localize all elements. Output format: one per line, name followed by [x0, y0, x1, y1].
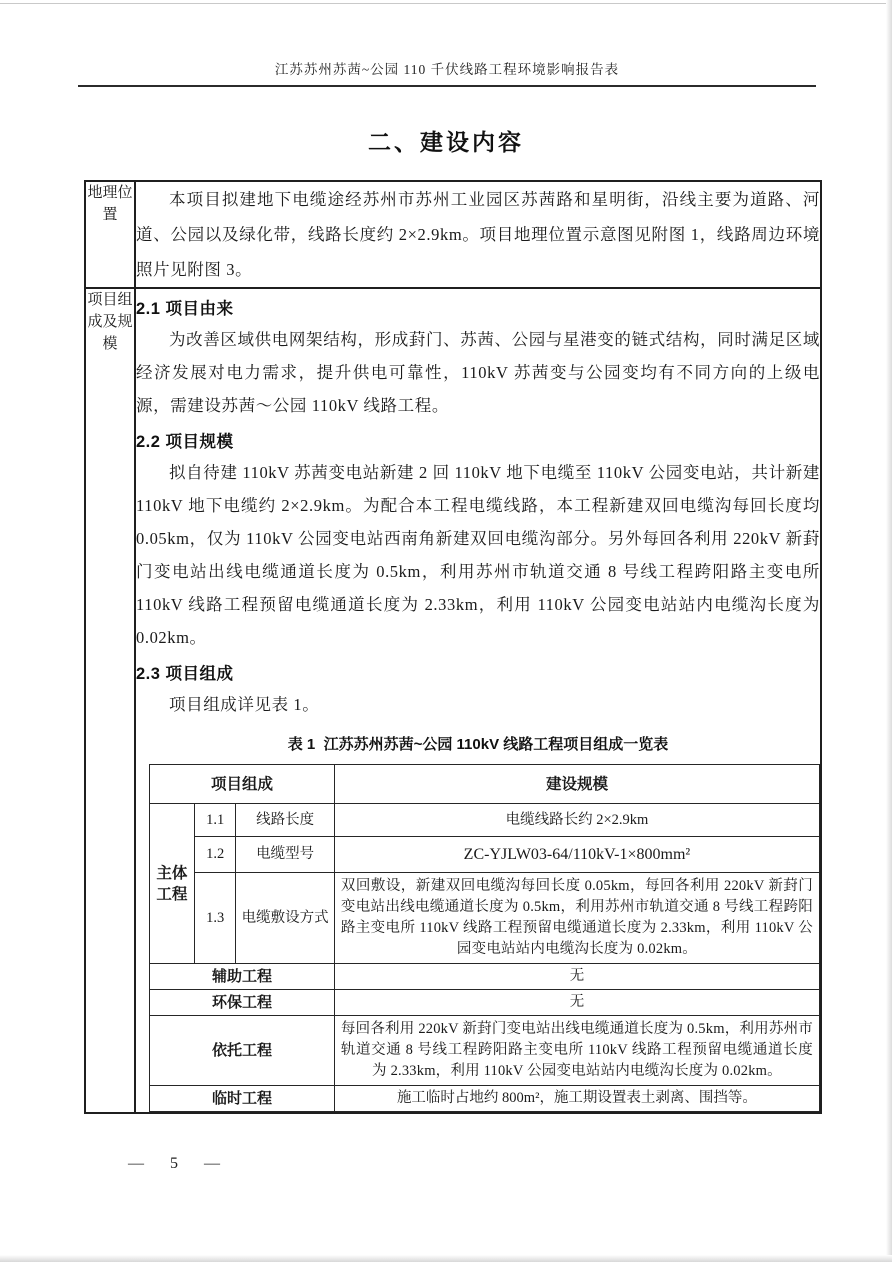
page-right-edge: [886, 0, 892, 1262]
row-1-2-number: 1.2: [194, 837, 236, 873]
main-works-group-label: 主体工程: [150, 804, 195, 964]
auxiliary-works-value: 无: [334, 964, 819, 990]
running-header: 江苏苏州苏茜~公园 110 千伏线路工程环境影响报告表: [78, 58, 816, 78]
report-form-table: 地理位置 本项目拟建地下电缆途经苏州市苏州工业园区苏茜路和星明街，沿线主要为道路…: [84, 180, 822, 1114]
table1-row-1-2: 1.2 电缆型号 ZC-YJLW03-64/110kV-1×800mm²: [150, 837, 820, 873]
relied-works-label: 依托工程: [150, 1016, 335, 1086]
geo-location-label: 地理位置: [85, 181, 135, 288]
row-1-2-name: 电缆型号: [236, 837, 334, 873]
row-1-3-name: 电缆敷设方式: [236, 873, 334, 964]
table1-row-1-3: 1.3 电缆敷设方式 双回敷设，新建双回电缆沟每回长度 0.05km，每回各利用…: [150, 873, 820, 964]
table1-row-environmental: 环保工程 无: [150, 990, 820, 1016]
heading-2-2: 2.2 项目规模: [136, 428, 820, 452]
page-bottom-edge: [0, 1255, 892, 1262]
table1-header-scale: 建设规模: [334, 765, 819, 804]
environmental-works-label: 环保工程: [150, 990, 335, 1016]
environmental-works-value: 无: [334, 990, 819, 1016]
paragraph-2-1: 为改善区域供电网架结构，形成葑门、苏茜、公园与星港变的链式结构，同时满足区域经济…: [136, 323, 820, 422]
temporary-works-label: 临时工程: [150, 1086, 335, 1112]
geo-location-row: 地理位置 本项目拟建地下电缆途经苏州市苏州工业园区苏茜路和星明街，沿线主要为道路…: [85, 181, 821, 288]
table1-row-auxiliary: 辅助工程 无: [150, 964, 820, 990]
relied-works-value: 每回各利用 220kV 新葑门变电站出线电缆通道长度为 0.5km，利用苏州市轨…: [334, 1016, 819, 1086]
row-1-1-value: 电缆线路长约 2×2.9km: [334, 804, 819, 837]
table1-row-1-1: 主体工程 1.1 线路长度 电缆线路长约 2×2.9km: [150, 804, 820, 837]
project-composition-table: 项目组成 建设规模 主体工程 1.1 线路长度 电缆线路长约 2×2.9km 1…: [149, 764, 820, 1112]
project-composition-label: 项目组成及规模: [85, 288, 135, 1113]
geo-location-paragraph: 本项目拟建地下电缆途经苏州市苏州工业园区苏茜路和星明街，沿线主要为道路、河道、公…: [136, 182, 820, 287]
header-rule: [78, 85, 816, 87]
heading-2-1: 2.1 项目由来: [136, 295, 820, 319]
project-composition-row: 项目组成及规模 2.1 项目由来 为改善区域供电网架结构，形成葑门、苏茜、公园与…: [85, 288, 821, 1113]
report-page: 江苏苏州苏茜~公园 110 千伏线路工程环境影响报告表 二、建设内容 地理位置 …: [0, 0, 892, 1262]
table1-header-row: 项目组成 建设规模: [150, 765, 820, 804]
section-title: 二、建设内容: [0, 124, 892, 157]
row-1-1-number: 1.1: [194, 804, 236, 837]
table1-row-temporary: 临时工程 施工临时占地约 800m²，施工期设置表土剥离、围挡等。: [150, 1086, 820, 1112]
auxiliary-works-label: 辅助工程: [150, 964, 335, 990]
geo-location-cell: 本项目拟建地下电缆途经苏州市苏州工业园区苏茜路和星明街，沿线主要为道路、河道、公…: [135, 181, 821, 288]
table1-row-relied: 依托工程 每回各利用 220kV 新葑门变电站出线电缆通道长度为 0.5km，利…: [150, 1016, 820, 1086]
row-1-3-value: 双回敷设，新建双回电缆沟每回长度 0.05km，每回各利用 220kV 新葑门变…: [334, 873, 819, 964]
heading-2-3: 2.3 项目组成: [136, 660, 820, 684]
table1-caption: 表 1 江苏苏州苏茜~公园 110kV 线路工程项目组成一览表: [136, 733, 820, 754]
row-1-3-number: 1.3: [194, 873, 236, 964]
paragraph-2-2: 拟自待建 110kV 苏茜变电站新建 2 回 110kV 地下电缆至 110kV…: [136, 456, 820, 654]
page-top-edge: [0, 3, 892, 4]
row-1-2-value: ZC-YJLW03-64/110kV-1×800mm²: [334, 837, 819, 873]
temporary-works-value: 施工临时占地约 800m²，施工期设置表土剥离、围挡等。: [334, 1086, 819, 1112]
project-composition-cell: 2.1 项目由来 为改善区域供电网架结构，形成葑门、苏茜、公园与星港变的链式结构…: [135, 288, 821, 1113]
paragraph-2-3: 项目组成详见表 1。: [136, 688, 820, 721]
page-number: — 5 —: [128, 1155, 222, 1173]
row-1-1-name: 线路长度: [236, 804, 334, 837]
table1-header-composition: 项目组成: [150, 765, 335, 804]
